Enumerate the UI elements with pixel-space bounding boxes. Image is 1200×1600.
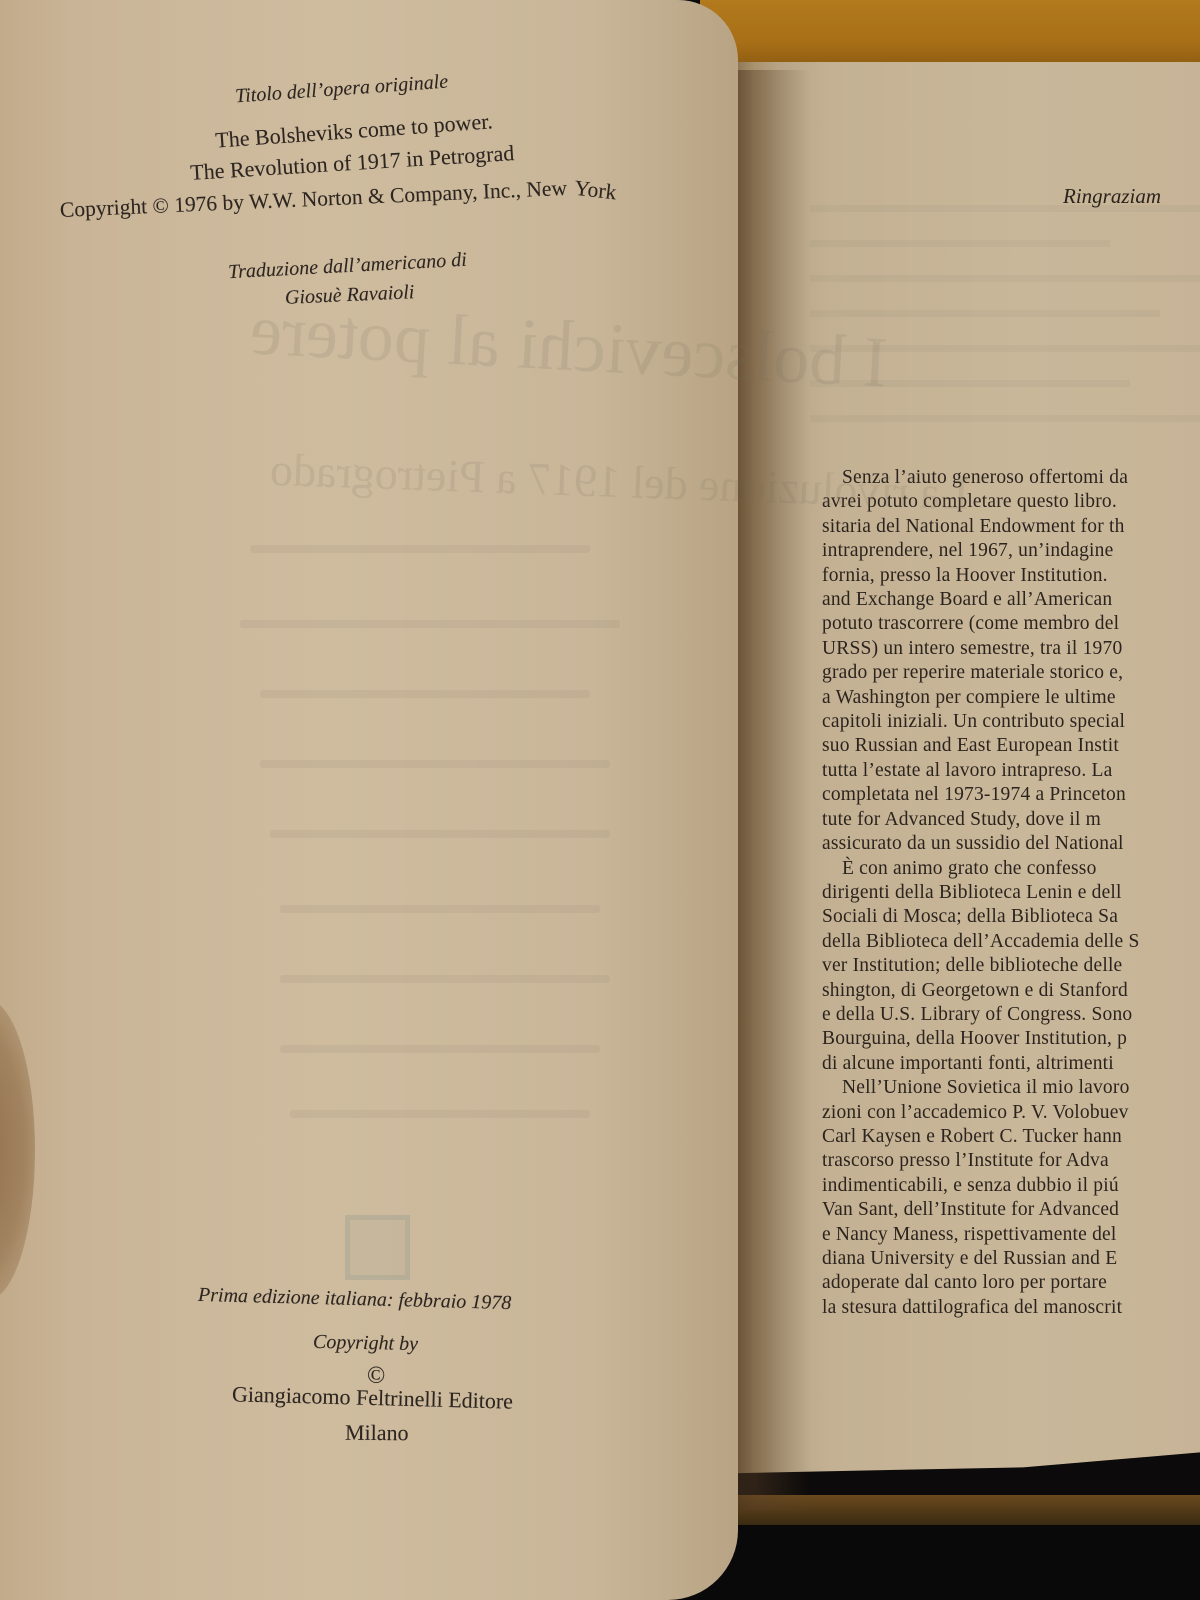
original-copyright-text: Copyright © 1976 by W.W. Norton & Compan…	[59, 176, 567, 222]
body-text-line: e della U.S. Library of Congress. Sono	[822, 1003, 1200, 1027]
show-through-line	[810, 275, 1200, 282]
body-text-line: dirigenti della Biblioteca Lenin e dell	[822, 881, 1200, 905]
original-copyright: Copyright © 1976 by W.W. Norton & Compan…	[59, 174, 614, 223]
body-text-line: a Washington per compiere le ultime	[822, 686, 1200, 710]
body-text-line: URSS) un intero semestre, tra il 1970	[822, 637, 1200, 661]
body-text-line: capitoli iniziali. Un contributo special	[822, 710, 1200, 734]
body-text-line: la stesura dattilografica del manoscrit	[822, 1296, 1200, 1320]
body-text-line: indimenticabili, e senza dubbio il piú	[822, 1174, 1200, 1198]
body-text-line: sitaria del National Endowment for th	[822, 515, 1200, 539]
body-text-line: Sociali di Mosca; della Biblioteca Sa	[822, 905, 1200, 929]
original-copyright-tail: York	[573, 176, 618, 206]
original-title-label: Titolo dell’opera originale	[234, 71, 448, 109]
body-text-line: Nell’Unione Sovietica il mio lavoro	[822, 1076, 1200, 1100]
body-text-line: Van Sant, dell’Institute for Advanced	[822, 1198, 1200, 1222]
body-text-line: completata nel 1973-1974 a Princeton	[822, 783, 1200, 807]
body-text-line: diana University e del Russian and E	[822, 1247, 1200, 1271]
show-through-line	[810, 310, 1160, 317]
show-through-line	[280, 975, 610, 983]
body-text-line: tutta l’estate al lavoro intrapreso. La	[822, 759, 1200, 783]
body-text-line: and Exchange Board e all’American	[822, 588, 1200, 612]
show-through-line	[810, 240, 1110, 247]
show-through-line	[260, 690, 590, 698]
body-text-line: suo Russian and East European Instit	[822, 734, 1200, 758]
body-text-line: della Biblioteca dell’Accademia delle S	[822, 930, 1200, 954]
body-text-line: È con animo grato che confesso	[822, 857, 1200, 881]
body-text-line: grado per reperire materiale storico e,	[822, 661, 1200, 685]
body-text-line: tute for Advanced Study, dove il m	[822, 808, 1200, 832]
show-through-line	[240, 620, 620, 628]
show-through-line	[270, 830, 610, 838]
right-page-shadow-edge	[735, 1495, 1200, 1525]
body-text-line: intraprendere, nel 1967, un’indagine	[822, 539, 1200, 563]
publisher-city: Milano	[345, 1420, 409, 1447]
body-text-line: potuto trascorrere (come membro del	[822, 612, 1200, 636]
body-text-line: assicurato da un sussidio del National	[822, 832, 1200, 856]
body-text-line: e Nancy Maness, rispettivamente del	[822, 1223, 1200, 1247]
body-text-line: trascorso presso l’Institute for Adva	[822, 1149, 1200, 1173]
copyright-by-label: Copyright by	[313, 1331, 418, 1356]
body-text-line: Bourguina, della Hoover Institution, p	[822, 1027, 1200, 1051]
show-through-line	[810, 415, 1200, 422]
wooden-surface	[700, 0, 1200, 70]
show-through-line	[250, 545, 590, 553]
body-text-line: di alcune importanti fonti, altrimenti	[822, 1052, 1200, 1076]
translation-label: Traduzione dall’americano di	[228, 249, 468, 284]
show-through-publisher-logo	[345, 1215, 410, 1280]
show-through-line	[280, 905, 600, 913]
body-text-line: zioni con l’accademico P. V. Volobuev	[822, 1101, 1200, 1125]
body-text-line: Carl Kaysen e Robert C. Tucker hann	[822, 1125, 1200, 1149]
acknowledgements-body: Senza l’aiuto generoso offertomi daavrei…	[822, 466, 1200, 1320]
body-text-line: adoperate dal canto loro per portare	[822, 1271, 1200, 1295]
show-through-line	[260, 760, 610, 768]
finger-shadow	[0, 1000, 35, 1300]
show-through-line	[290, 1110, 590, 1118]
show-through-line	[280, 1045, 600, 1053]
body-text-line: fornia, presso la Hoover Institution.	[822, 564, 1200, 588]
acknowledgements-heading: Ringraziam	[1063, 184, 1161, 209]
body-text-line: ver Institution; delle biblioteche delle	[822, 954, 1200, 978]
publisher-name: Giangiacomo Feltrinelli Editore	[232, 1381, 514, 1414]
left-page: I bolscevichi al potere La rivoluzione d…	[0, 0, 738, 1600]
edition-info: Prima edizione italiana: febbraio 1978	[198, 1284, 512, 1315]
body-text-line: shington, di Georgetown e di Stanford	[822, 979, 1200, 1003]
